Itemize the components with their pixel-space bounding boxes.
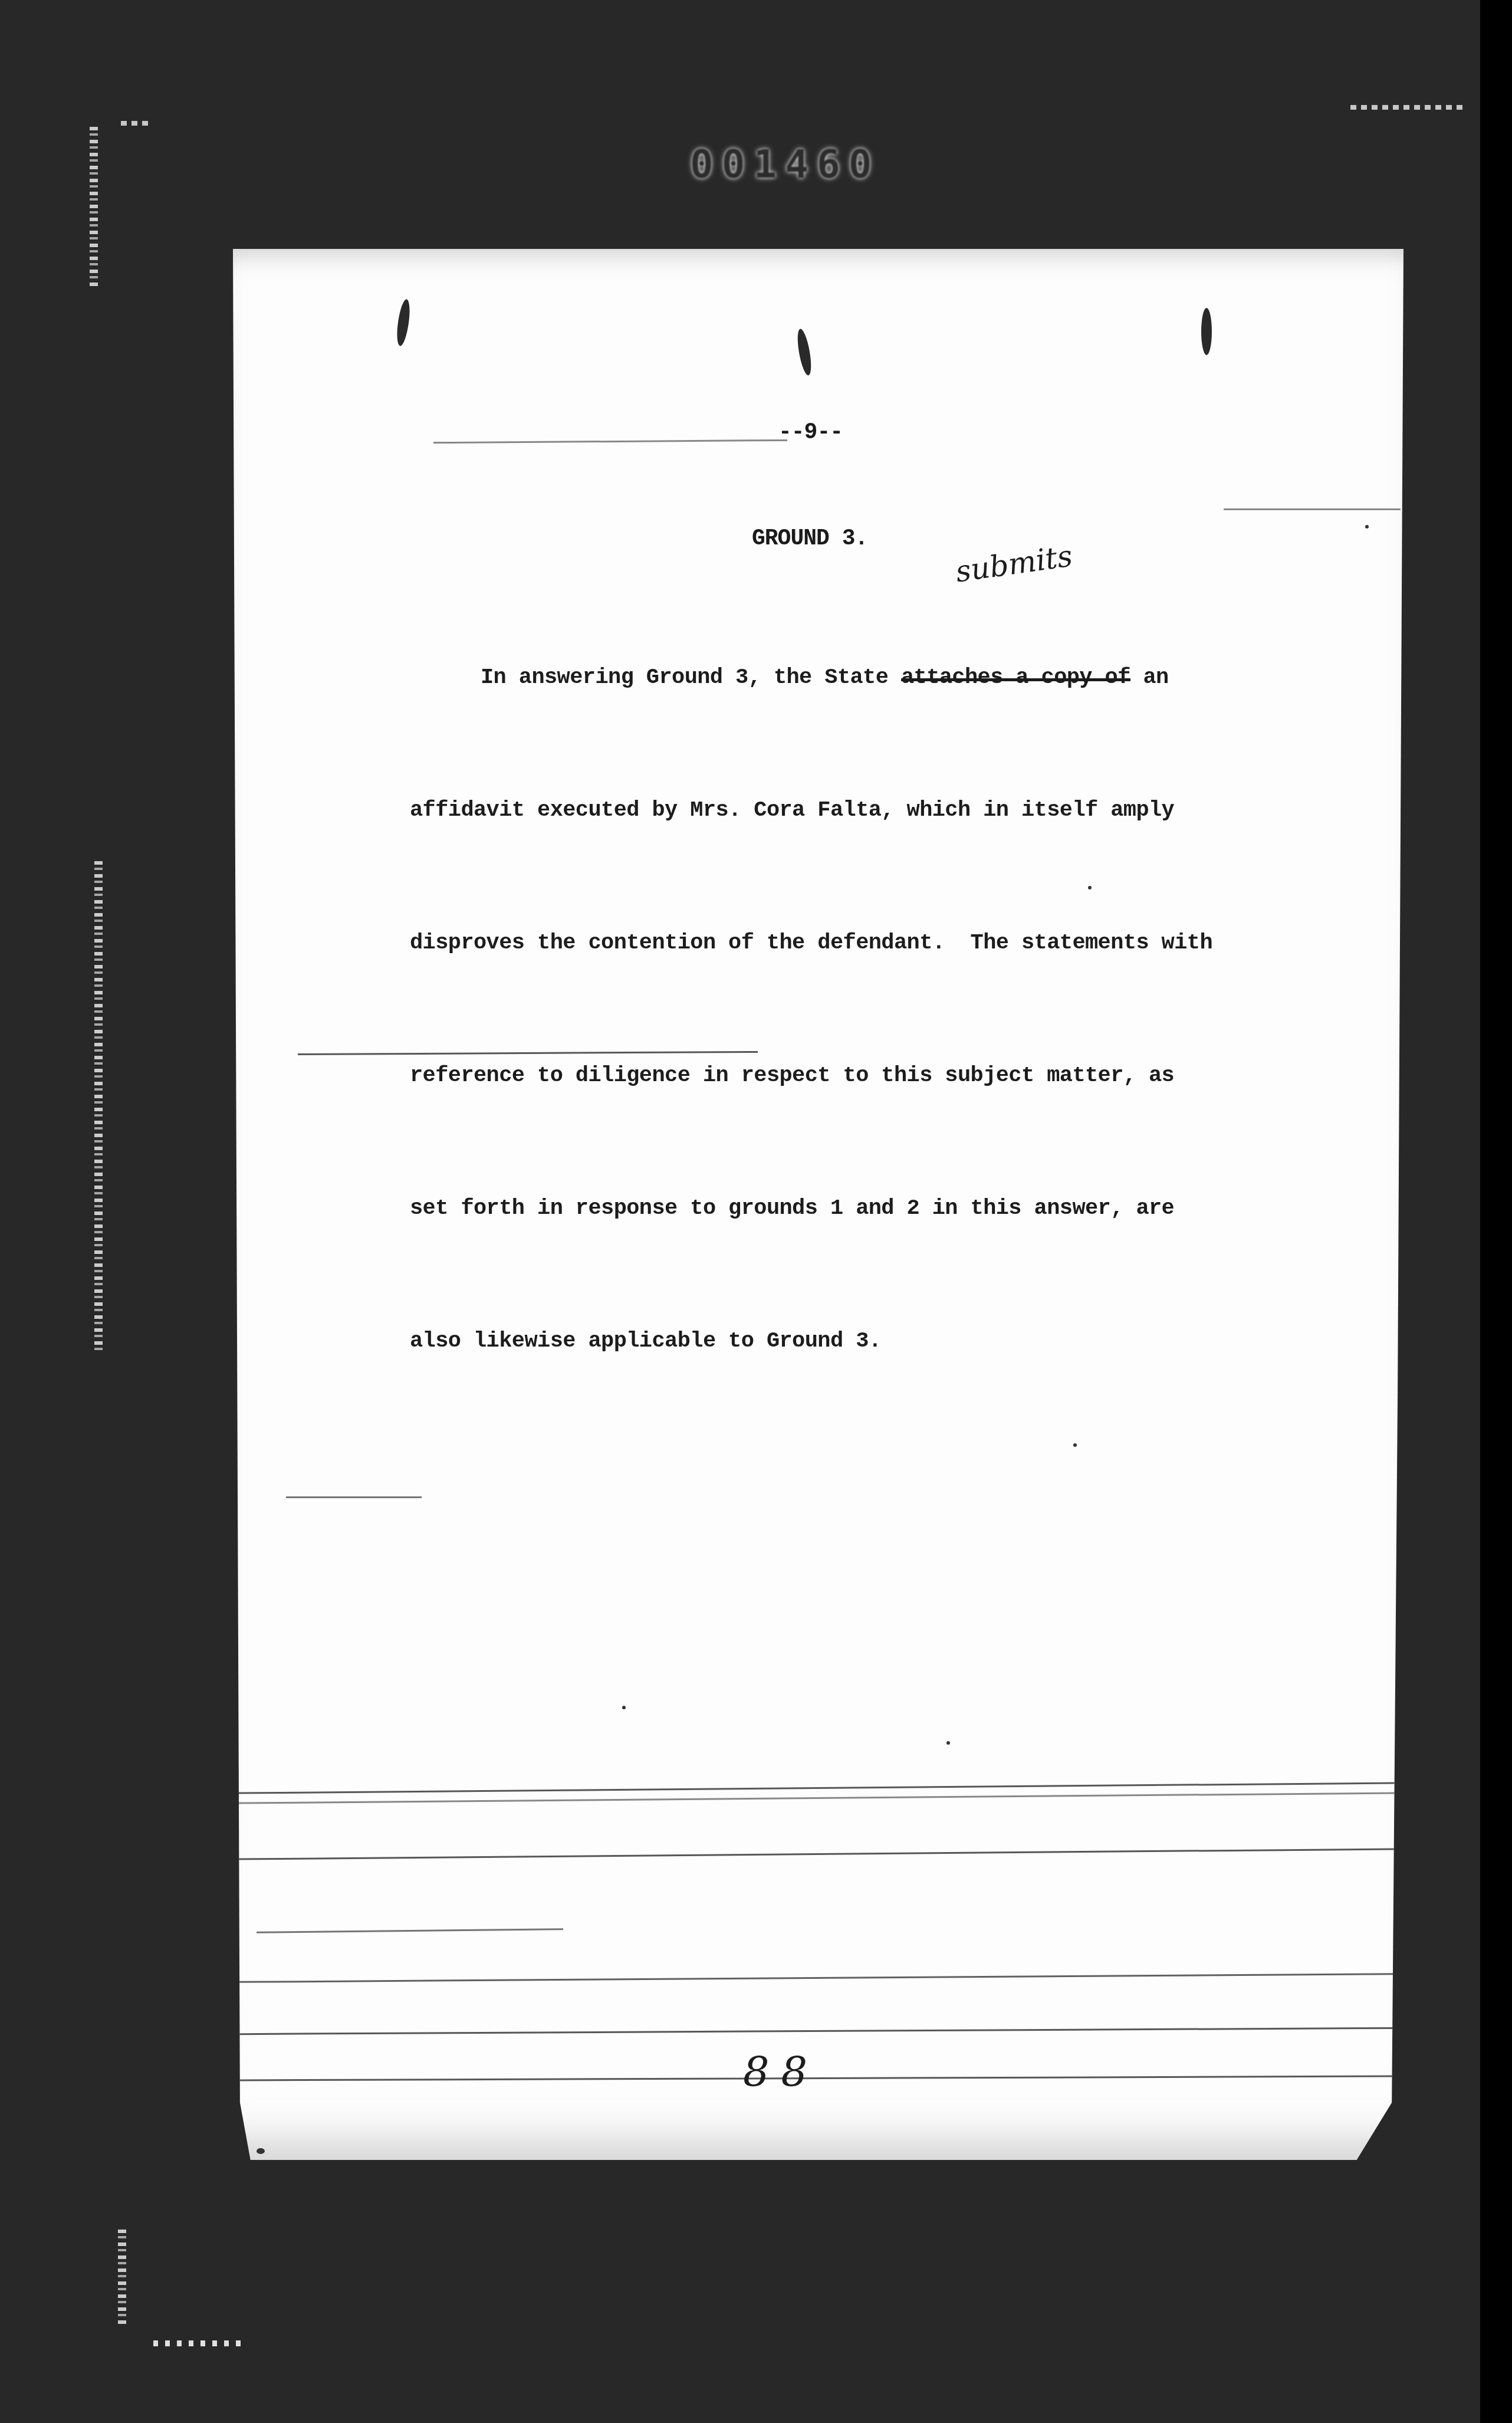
- scan-line: [233, 1782, 1403, 1794]
- paragraph-line: set forth in response to grounds 1 and 2…: [410, 1187, 1353, 1231]
- paragraph: In answering Ground 3, the State attache…: [410, 567, 1353, 1452]
- dust-speck: [946, 1741, 950, 1745]
- punch-hole-mark: [395, 298, 412, 347]
- document-page: --9-- GROUND 3. submits In answering Gro…: [233, 249, 1403, 2160]
- dust-speck: [1365, 525, 1369, 528]
- scan-line: [257, 1928, 563, 1933]
- paragraph-line: reference to diligence in respect to thi…: [410, 1054, 1353, 1098]
- scan-line: [1224, 508, 1401, 510]
- film-edge-marking: [153, 2340, 248, 2346]
- microfilm-frame: 001460 --9-- GROUND 3. submits In answer…: [0, 0, 1480, 2423]
- punch-hole-mark: [795, 328, 814, 376]
- struck-text: attaches a copy of: [901, 665, 1130, 690]
- handwritten-page-number: 88: [743, 2048, 819, 2096]
- dust-speck: [1073, 1443, 1077, 1447]
- scan-line: [233, 1973, 1403, 1983]
- scan-line: [233, 2027, 1403, 2035]
- dust-speck: [1088, 886, 1092, 889]
- text-fragment: an: [1130, 665, 1169, 690]
- film-edge-marking: [118, 2230, 126, 2324]
- film-border: [1480, 0, 1512, 2423]
- film-edge-marking: [94, 861, 103, 1351]
- dust-speck: [257, 2148, 265, 2154]
- film-edge-marking: [90, 127, 98, 289]
- paragraph-line: In answering Ground 3, the State attache…: [410, 656, 1353, 700]
- scan-line: [233, 1792, 1403, 1804]
- paragraph-line: affidavit executed by Mrs. Cora Falta, w…: [410, 789, 1353, 833]
- paragraph-line: also likewise applicable to Ground 3.: [410, 1319, 1353, 1364]
- text-fragment: In answering Ground 3, the State: [481, 665, 901, 690]
- frame-number: 001460: [690, 142, 880, 187]
- section-heading: GROUND 3.: [752, 526, 867, 551]
- film-edge-marking: [1350, 105, 1462, 110]
- scan-line: [233, 1848, 1403, 1860]
- page-header-number: --9--: [778, 420, 843, 445]
- scan-line: [286, 1496, 422, 1498]
- dust-speck: [622, 1706, 626, 1709]
- scan-line: [433, 439, 787, 444]
- film-edge-marking: [121, 121, 150, 126]
- punch-hole-mark: [1201, 308, 1212, 355]
- paragraph-line: disproves the contention of the defendan…: [410, 921, 1353, 966]
